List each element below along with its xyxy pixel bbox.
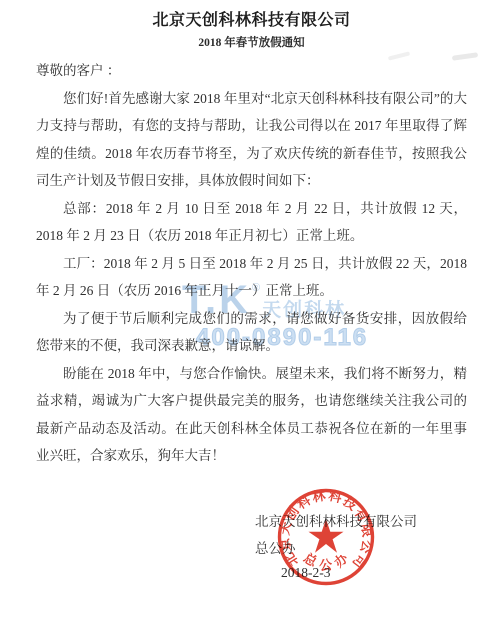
paragraph-greeting: 您们好!首先感谢大家 2018 年里对“北京天创科林科技有限公司”的大力支持与帮… xyxy=(36,85,467,195)
company-seal: 北京天创科林科技有限公司 总公办 xyxy=(266,477,386,597)
paragraph-apology: 为了便于节后顺利完成您们的需求，请您做好备货安排，因放假给您带来的不便，我司深表… xyxy=(36,305,467,360)
paragraph-factory-schedule: 工厂：2018 年 2 月 5 日至 2018 年 2 月 25 日，共计放假 … xyxy=(36,250,467,305)
document-subtitle: 2018 年春节放假通知 xyxy=(36,36,467,51)
seal-bottom-text: 总公办 xyxy=(301,546,355,573)
salutation: 尊敬的客户 ： xyxy=(36,57,467,85)
document-title: 北京天创科林科技有限公司 xyxy=(36,10,467,32)
letter-body: 北京天创科林科技有限公司 2018 年春节放假通知 尊敬的客户 ： 您们好!首先… xyxy=(0,10,500,470)
star-icon xyxy=(309,519,344,553)
paragraph-headquarters-schedule: 总部：2018 年 2 月 10 日至 2018 年 2 月 22 日，共计放假… xyxy=(36,195,467,250)
holiday-notice-document: T.K ® 天创科林 400-0890-116 北京天创科林科技有限公司 201… xyxy=(0,0,500,632)
svg-text:总公办: 总公办 xyxy=(301,546,355,573)
paragraph-closing: 盼能在 2018 年中，与您合作愉快。展望未来，我们将不断努力，精益求精，竭诚为… xyxy=(36,360,467,470)
